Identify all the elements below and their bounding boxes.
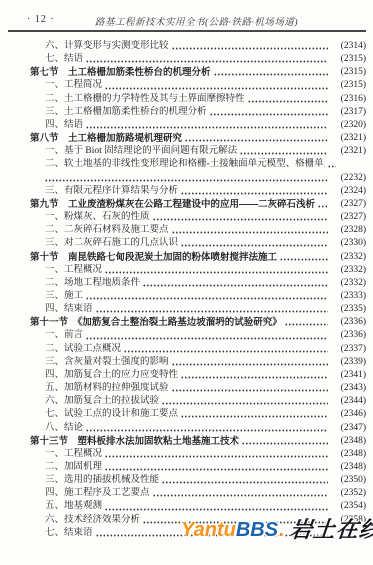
toc-page-number: (2320) [330,119,366,132]
toc-entry-text: 三、有限元程序计算结果与分析 [45,185,178,198]
toc-page-number: (2344) [330,395,366,408]
toc-item-line: 三、有限元程序计算结果与分析(2324) [30,185,366,198]
toc-page-number: (2347) [330,422,366,435]
toc-item-line: 六、加筋复合土的拉拔试验(2344) [30,395,366,408]
toc-item-line: 三、含灰量对裂土强度的影响(2339) [30,356,366,369]
toc-entry-text: 一、工程简况 [45,79,102,92]
dotted-leader [280,258,328,261]
watermark-yantu-text: Yantu [181,519,236,541]
toc-item-line: 五、加筋材料的拉伸强度试验(2343) [30,382,366,395]
toc-page-number: (2348) [330,448,366,461]
dotted-leader [86,429,328,432]
toc-page-number: (2324) [330,185,366,198]
toc-page-number: (2336) [330,316,366,329]
toc-item-line: 三、土工格栅加筋柔性桥台的机理分析(2317) [30,106,366,119]
dotted-leader [162,481,328,484]
toc-item-line: 一、工程简况(2315) [30,79,366,92]
toc-entry-text: 第七节 土工格栅加筋柔性桥台的机理分析 [30,66,211,79]
toc-entry-text: 第九节 工业废渣粉煤灰在公路工程建设中的应用——二灰碎石浅析 [30,198,315,211]
toc-entry-text: 四、结束语 [45,303,93,316]
dotted-leader [185,139,328,142]
dotted-leader [153,218,328,221]
dotted-leader [240,152,328,155]
toc-entry-text: 一、基于 Biot 固结理论的平面问题有限元解法 [45,145,237,158]
toc-item-line: 五、地基观测(2354) [30,500,366,513]
toc-item-line: 三、施工(2333) [30,290,366,303]
toc-page-number: (2328) [330,224,366,237]
dotted-leader [181,244,328,247]
toc-entry-text: 二、试验工点概况 [45,343,121,356]
toc-entry-text: 第十一节 《加筋复合土整治裂土路基边坡溜坍的试验研究》 [30,316,282,329]
toc-section-line: 第九节 工业废渣粉煤灰在公路工程建设中的应用——二灰碎石浅析(2327) [30,198,366,211]
toc-item-line: 四、结语(2320) [30,119,366,132]
toc-page-number: (2314) [330,40,366,53]
toc-page-number: (2348) [330,461,366,474]
toc-page-number: (2333) [330,290,366,303]
toc-item-line: 一、粉煤灰、石灰的性质(2327) [30,211,366,224]
toc-list: 六、计算变形与实测变形比较(2314)七、结语(2315)第七节 土工格栅加筋柔… [30,40,366,540]
toc-page-number: (2316) [330,93,366,106]
toc-page-number: (2315) [330,66,366,79]
toc-page-number: (2337) [330,343,366,356]
toc-item-line: 二、场地工程地质条件(2332) [30,277,366,290]
toc-section-line: 第十一节 《加筋复合土整治裂土路基边坡溜坍的试验研究》(2336) [30,316,366,329]
dotted-leader [86,60,328,63]
toc-entry-text: 一、工程概况 [45,264,102,277]
toc-entry-text: 二、场地工程地质条件 [45,277,140,290]
toc-entry-text: 三、施工 [45,290,83,303]
toc-entry-text: 三、选用的插拔机械及性能 [45,474,159,487]
dotted-leader [181,192,328,195]
dotted-leader [172,363,328,366]
dotted-leader [124,350,328,353]
dotted-leader [162,402,328,405]
dotted-leader [86,337,328,340]
toc-entry-text: 二、软土地基的非线性变形理论和格栅-土接触面单元模型、格栅单元模型 [45,158,325,171]
header-divider [8,30,366,32]
toc-page-number: (2315) [330,79,366,92]
toc-page-number: (2350) [330,474,366,487]
toc-page-number: (2327) [330,198,366,211]
toc-section-line: 第七节 土工格栅加筋柔性桥台的机理分析(2315) [30,66,366,79]
scanned-toc-page: · 12 · 路基工程新技术实用全书(公路·铁路·机场场道) 六、计算变形与实测… [0,0,373,565]
toc-page-number: (2336) [330,329,366,342]
dotted-leader [210,113,328,116]
toc-page-number: (2341) [330,369,366,382]
toc-entry-text: 六、技术经济效果分析 [45,514,140,527]
dotted-leader [181,415,328,418]
toc-entry-text: 五、地基观测 [45,500,102,513]
toc-entry-text: 一、前言 [45,329,83,342]
toc-page-number: (2352) [330,487,366,500]
toc-page-number: (2339) [330,356,366,369]
toc-item-line: 二、二灰碎石材料及施工要点(2328) [30,224,366,237]
dotted-leader [214,73,328,76]
toc-page-number: (2321) [330,132,366,145]
dotted-leader [96,310,328,313]
toc-item-line: 一、前言(2336) [30,329,366,342]
toc-page-number: (2332) [330,277,366,290]
dotted-leader [242,442,328,445]
toc-entry-text: 四、结语 [45,119,83,132]
toc-item-line: 二、加固机理(2348) [30,461,366,474]
toc-section-line: 第八节 土工格栅加筋路堤机理研究(2321) [30,132,366,145]
header-page-number: · 12 · [27,14,55,25]
toc-page-number: (2354) [330,500,366,513]
toc-page-number: (2321) [330,145,366,158]
toc-entry-text: 二、二灰碎石材料及施工要点 [45,224,169,237]
toc-entry-text: 七、结束语 [45,527,93,540]
toc-item-line: 四、加筋复合土的应力应变特性(2341) [30,369,366,382]
dotted-leader [86,297,328,300]
dotted-leader [105,468,328,471]
toc-entry-text: 一、粉煤灰、石灰的性质 [45,211,150,224]
dotted-leader [105,508,328,511]
toc-page-number: (2332) [330,251,366,264]
toc-entry-text: 五、加筋材料的拉伸强度试验 [45,382,169,395]
toc-entry-text: 七、试验工点的设计和施工要点 [45,408,178,421]
toc-entry-text: 第十三节 塑料板排水法加固软粘土地基施工技术 [30,435,239,448]
header-book-title: 路基工程新技术实用全书(公路·铁路·机场场道) [60,14,333,28]
toc-entry-text: 六、加筋复合土的拉拔试验 [45,395,159,408]
toc-page-number: (2232) [330,172,366,185]
dotted-leader [86,126,328,129]
toc-entry-text: 第十节 南昆铁路七甸段泥炭土加固的粉体喷射搅拌法施工 [30,251,277,264]
toc-item-line: 一、工程概况(2332) [30,264,366,277]
dotted-leader [153,494,328,497]
dotted-leader [172,231,328,234]
toc-entry-text: 二、加固机理 [45,461,102,474]
toc-entry-text: 八、结论 [45,422,83,435]
dotted-leader [105,455,328,458]
toc-item-line: 四、施工程序及工艺要点(2352) [30,487,366,500]
watermark-dot: . [279,519,285,541]
toc-item-line: 三、选用的插拔机械及性能(2350) [30,474,366,487]
watermark-bbs-text: BBS [236,519,278,541]
toc-page-number: (2317) [330,106,366,119]
dotted-leader [172,47,328,50]
toc-page-number: (2346) [330,408,366,421]
dotted-leader [143,284,328,287]
toc-item-line: 四、结束语(2335) [30,303,366,316]
toc-page-number: (2335) [330,303,366,316]
toc-entry-text: 一、工程概况 [45,448,102,461]
toc-item-line: 七、试验工点的设计和施工要点(2346) [30,408,366,421]
toc-item-line: 三、对二灰碎石施工的几点认识(2330) [30,237,366,250]
toc-page-number: (2330) [330,237,366,250]
toc-entry-text: 七、结语 [45,53,83,66]
toc-entry-text: 四、施工程序及工艺要点 [45,487,150,500]
toc-item-line: 一、工程概况(2348) [30,448,366,461]
toc-item-line: 八、结论(2347) [30,422,366,435]
toc-page-number: (2315) [330,53,366,66]
toc-entry-text: 第八节 土工格栅加筋路堤机理研究 [30,132,182,145]
watermark-cn-text: 岩土在线 [288,518,373,541]
toc-section-line: 第十节 南昆铁路七甸段泥炭土加固的粉体喷射搅拌法施工(2332) [30,251,366,264]
toc-item-line: 二、试验工点概况(2337) [30,343,366,356]
toc-item-line: 二、软土地基的非线性变形理论和格栅-土接触面单元模型、格栅单元模型 [30,158,366,171]
dotted-leader [328,165,336,168]
toc-entry-text: 三、土工格栅加筋柔性桥台的机理分析 [45,106,207,119]
toc-item-line: 七、结语(2315) [30,53,366,66]
toc-page-number: (2348) [330,435,366,448]
yantubbs-watermark: Yantu BBS . 岩土在线 [181,518,373,541]
toc-item-line: 一、基于 Biot 固结理论的平面问题有限元解法(2321) [30,145,366,158]
toc-page-number: (2332) [330,264,366,277]
toc-item-line: 六、计算变形与实测变形比较(2314) [30,40,366,53]
toc-entry-text: 三、含灰量对裂土强度的影响 [45,356,169,369]
toc-item-line: (2232) [30,172,366,185]
dotted-leader [105,271,328,274]
dotted-leader [105,87,328,90]
toc-entry-text: 六、计算变形与实测变形比较 [45,40,169,53]
dotted-leader [45,179,328,182]
page-header: · 12 · 路基工程新技术实用全书(公路·铁路·机场场道) [0,12,373,28]
dotted-leader [248,100,328,103]
toc-section-line: 第十三节 塑料板排水法加固软粘土地基施工技术(2348) [30,435,366,448]
dotted-leader [285,323,328,326]
toc-entry-text: 四、加筋复合土的应力应变特性 [45,369,178,382]
toc-page-number: (2343) [330,382,366,395]
toc-page-number: (2327) [330,211,366,224]
dotted-leader [172,389,328,392]
toc-entry-text: 三、对二灰碎石施工的几点认识 [45,237,178,250]
dotted-leader [318,205,328,208]
toc-item-line: 二、土工格栅的力学特性及其与土界面摩擦特性(2316) [30,93,366,106]
dotted-leader [181,376,328,379]
toc-entry-text: 二、土工格栅的力学特性及其与土界面摩擦特性 [45,93,245,106]
